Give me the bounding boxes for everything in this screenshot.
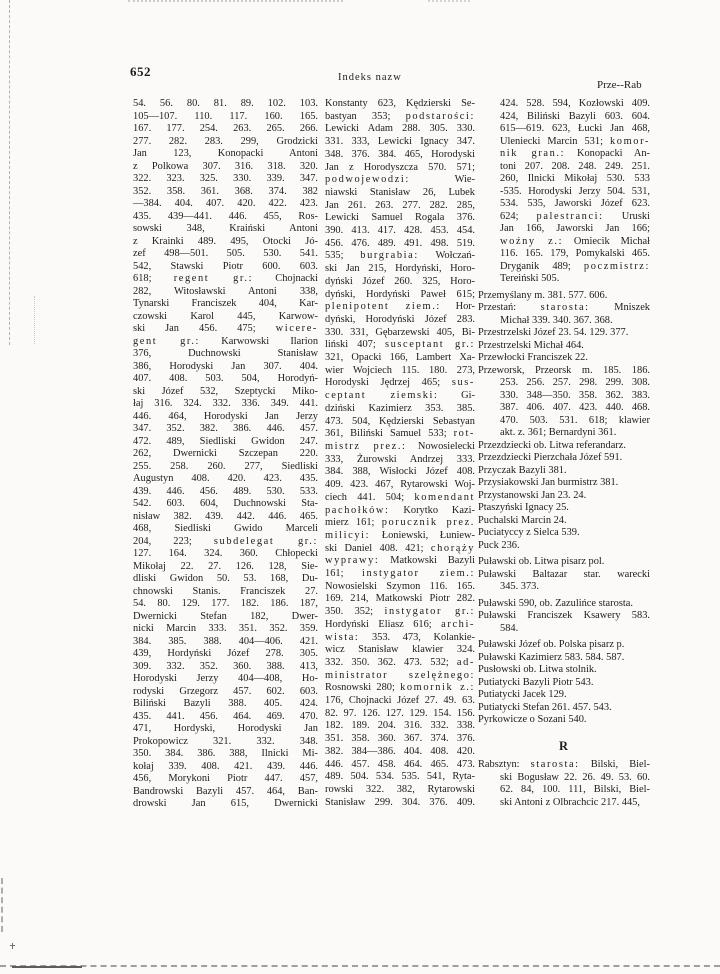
index-entry: Przestrzelski Michał 464. xyxy=(478,340,650,353)
text-line: 350. 384. 386. 388, Ilnicki Mi- xyxy=(133,748,318,761)
text-line: Biliński Bazyli 388. 405. 424. xyxy=(133,698,318,711)
text-line: 204, 223; subdelegat gr.: xyxy=(133,536,318,549)
scan-artifact-left-dots xyxy=(34,296,35,344)
column-2: Konstanty 623, Kędzierski Se-bastyan 353… xyxy=(325,98,475,809)
text-line: 456. 476. 489. 491. 498. 519. xyxy=(325,238,475,251)
text-line: 390. 413. 417. 428. 453. 454. xyxy=(325,225,475,238)
text-line: 471, Hordyski, Horodyski Jan xyxy=(133,723,318,736)
text-line: 332. 350. 362. 473. 532; ad- xyxy=(325,657,475,670)
text-line: 260, Ilnicki Mikołaj 530. 533 xyxy=(478,173,650,186)
scan-artifact-top-specks xyxy=(128,0,343,2)
spaced-term: komendant xyxy=(414,492,475,503)
spaced-term: podstarości: xyxy=(406,111,475,122)
spaced-term: woźny z.: xyxy=(500,236,563,247)
text-line: 456, Morykoni Piotr 447. 457, xyxy=(133,773,318,786)
text-line: 62. 84, 100. 111, Bilski, Biel- xyxy=(478,784,650,797)
text-line: 351. 358. 360. 367. 374. 376. xyxy=(325,733,475,746)
text-line: nisław 382. 439. 442. 446. 465. xyxy=(133,511,318,524)
index-entry: Puławski Józef ob. Polska pisarz p. xyxy=(478,639,650,652)
spaced-term: subdelegat gr.: xyxy=(214,536,318,547)
text-line: dziński Kazimierz 353. 385. xyxy=(325,403,475,416)
text-line: drowski Jan 615, Dwernicki xyxy=(133,798,318,811)
text-line: Jan 123, Konopacki Antoni xyxy=(133,148,318,161)
text-line: Przezdziecki ob. Litwa referandarz. xyxy=(478,440,650,453)
column-3: 424. 528. 594, Kozłowski 409.424, Bilińs… xyxy=(478,98,650,809)
index-entry: Puławski Kazimierz 583. 584. 587. xyxy=(478,652,650,665)
index-entry: Przeworsk, Przeorsk m. 185. 186.253. 256… xyxy=(478,365,650,440)
spaced-term: starosta: xyxy=(541,302,590,313)
index-entry: Przestań: starosta: MniszekMichał 339. 3… xyxy=(478,302,650,327)
text-line: Lewicki Samuel Rogala 376. xyxy=(325,212,475,225)
text-line: Putiatycki Jacek 129. xyxy=(478,689,650,702)
text-line: Przestań: starosta: Mniszek xyxy=(478,302,650,315)
text-line: 347. 352. 382. 386. 446. 457. xyxy=(133,423,318,436)
text-line: z Krainki 489. 495, Otocki Jó- xyxy=(133,236,318,249)
text-line: 439. 446. 456. 489. 530. 533. xyxy=(133,486,318,499)
text-line: ski Jan 456. 475; wicere- xyxy=(133,323,318,336)
text-line: Hordyński Eliasz 616; archi- xyxy=(325,619,475,632)
text-line: 542. 603. 604, Duchnowski Sta- xyxy=(133,498,318,511)
spaced-term: wicere- xyxy=(276,323,318,334)
text-line: 309. 332. 352. 360. 388. 413, xyxy=(133,661,318,674)
text-line: Przezdziecki Pierzchała Józef 591. xyxy=(478,452,650,465)
index-entry: Putiatycki Bazyli Piotr 543. xyxy=(478,677,650,690)
text-line: Lewicki Adam 288. 305. 330. xyxy=(325,123,475,136)
text-line: 470. 503. 531. 618; klawier xyxy=(478,415,650,428)
text-line: 384. 385. 388. 404—406. 421. xyxy=(133,636,318,649)
text-line: 350. 352; instygator gr.: xyxy=(325,606,475,619)
text-line: 345. 373. xyxy=(478,581,650,594)
text-line: kołaj 339. 408. 421. 439. 446. xyxy=(133,761,318,774)
text-line: ministrator szelężnego: xyxy=(325,670,475,683)
text-line: Tynarski Franciszek 404, Kar- xyxy=(133,298,318,311)
text-line: ceptant ziemski: Gi- xyxy=(325,390,475,403)
index-entry: Ptaszyński Ignacy 25. xyxy=(478,502,650,515)
spaced-term: sus- xyxy=(452,377,475,388)
text-line: Puławski Józef ob. Polska pisarz p. xyxy=(478,639,650,652)
spaced-term: instygator gr.: xyxy=(384,606,475,617)
scan-artifact-plus-mark xyxy=(12,943,13,949)
text-line: 473. 504, Kędzierski Sebastyan xyxy=(325,416,475,429)
text-line: 409. 423. 467, Rytarowski Woj- xyxy=(325,479,475,492)
text-line: Mikołaj 22. 27. 126. 128, Sie- xyxy=(133,561,318,574)
index-entry: Przezdziecki Pierzchała Józef 591. xyxy=(478,452,650,465)
text-line: mierz 161; porucznik prez. xyxy=(325,517,475,530)
text-line: Puławski Franciszek Ksawery 583. xyxy=(478,610,650,623)
text-line: 82. 97. 126. 127. 129. 154. 156. xyxy=(325,708,475,721)
column-1: 54. 56. 80. 81. 89. 102. 103.105—107. 11… xyxy=(133,98,318,811)
text-line: wier Wojciech 115. 180. 273, xyxy=(325,365,475,378)
text-line: Przestrzelski Józef 23. 54. 129. 377. xyxy=(478,327,650,340)
spaced-term: archi- xyxy=(441,619,475,630)
text-line: Horodyski Jerzy 404—408, Ho- xyxy=(133,673,318,686)
text-line: wyprawy: Matkowski Bazyli xyxy=(325,555,475,568)
spaced-term: milicyi: xyxy=(325,530,370,541)
spaced-term: poczmistrz: xyxy=(584,261,650,272)
text-line: 333, Żurowski Andrzej 333. xyxy=(325,454,475,467)
text-line: Rabsztyn: starosta: Bilski, Biel- xyxy=(478,759,650,772)
text-line: -535. Horodyski Jerzy 504. 531, xyxy=(478,186,650,199)
text-line: 584. xyxy=(478,623,650,636)
spaced-term: pachołków: xyxy=(325,505,389,516)
scan-artifact-left-edge-line-bottom xyxy=(1,878,3,932)
text-line: Przemyślany m. 381. 577. 606. xyxy=(478,290,650,303)
text-line: Przysiakowski Jan burmistrz 381. xyxy=(478,477,650,490)
index-entry: Pyrkowicze o Sozani 540. xyxy=(478,714,650,727)
spaced-term: palestranci: xyxy=(537,211,604,222)
text-line: Dwernicki Stefan 182, Dwer- xyxy=(133,611,318,624)
text-line: z Polkowa 307. 316. 318. 320. xyxy=(133,161,318,174)
text-line: 169. 214, Matkowski Piotr 282. xyxy=(325,593,475,606)
text-line: Uleniecki Marcin 531; komor- xyxy=(478,136,650,149)
text-line: Rosnowski 280; komornik z.: xyxy=(325,682,475,695)
index-entry: Puławski Baltazar star. warecki345. 373. xyxy=(478,569,650,594)
index-entry: Przysiakowski Jan burmistrz 381. xyxy=(478,477,650,490)
index-entry: Puławski 590, ob. Zazulińce starosta. xyxy=(478,598,650,611)
text-line: Horodyski Jędrzej 465; sus- xyxy=(325,377,475,390)
text-line: 322. 323. 325. 330. 339. 347. xyxy=(133,173,318,186)
text-line: Puławski Kazimierz 583. 584. 587. xyxy=(478,652,650,665)
text-line: 489. 504. 534. 535. 541, Ryta- xyxy=(325,771,475,784)
text-line: 182. 189. 204. 316. 332. 338. xyxy=(325,720,475,733)
text-line: mistrz prez.: Nowosielecki xyxy=(325,441,475,454)
text-line: 262, Dwernicki Szczepan 220. xyxy=(133,448,318,461)
scan-artifact-bottom-rule-solid xyxy=(12,966,82,968)
text-line: gent gr.: Karwowski Ilarion xyxy=(133,336,318,349)
text-line: łaj 316. 324. 332. 336. 349. 441. xyxy=(133,398,318,411)
spaced-term: porucznik prez. xyxy=(382,517,475,528)
text-line: Ptaszyński Ignacy 25. xyxy=(478,502,650,515)
text-line: wista: 353. 473, Kolankie- xyxy=(325,632,475,645)
scan-artifact-top-specks xyxy=(428,0,470,2)
text-line: Nowosielski Szymon 116. 165. xyxy=(325,581,475,594)
text-line: Puławski ob. Litwa pisarz pol. xyxy=(478,556,650,569)
index-entry: Puchalski Marcin 24. xyxy=(478,515,650,528)
text-line: rowski 322. 382, Rytarowski xyxy=(325,784,475,797)
spaced-term: wyprawy: xyxy=(325,555,379,566)
text-line: 535; burgrabia: Wołczań- xyxy=(325,250,475,263)
spaced-term: starosta: xyxy=(531,759,580,770)
spaced-term: mistrz prez.: xyxy=(325,441,407,452)
text-line: 472. 489, Siedliski Gwidon 247. xyxy=(133,436,318,449)
spaced-term: ministrator szelężnego: xyxy=(325,670,475,681)
text-line: milicyi: Łoniewski, Łuniew- xyxy=(325,530,475,543)
text-line: 424, Biliński Bazyli 603. 604. xyxy=(478,111,650,124)
page-number: 652 xyxy=(130,64,151,80)
text-line: liński 407; susceptant gr.: xyxy=(325,339,475,352)
text-line: 127. 164. 324. 360. Chłopecki xyxy=(133,548,318,561)
text-line: ciech 441. 504; komendant xyxy=(325,492,475,505)
text-line: ski Daniel 408. 421; chorąży xyxy=(325,543,475,556)
text-line: 255. 258. 260. 277, Siedliski xyxy=(133,461,318,474)
index-entry: Puciatyccy z Sielca 539. xyxy=(478,527,650,540)
spaced-term: regent gr.: xyxy=(174,273,253,284)
text-line: Pyrkowicze o Sozani 540. xyxy=(478,714,650,727)
index-entry: Puck 236. xyxy=(478,540,650,553)
text-line: 624; palestranci: Uruski xyxy=(478,211,650,224)
spaced-term: plenipotent ziem.: xyxy=(325,301,441,312)
text-line: 618; regent gr.: Chojnacki xyxy=(133,273,318,286)
text-line: dyński Józef 260. 325, Horo- xyxy=(325,276,475,289)
text-line: 321, Opacki 166, Lambert Xa- xyxy=(325,352,475,365)
spaced-term: ad- xyxy=(457,657,475,668)
index-entry: Przestrzelski Józef 23. 54. 129. 377. xyxy=(478,327,650,340)
spaced-term: susceptant gr.: xyxy=(385,339,475,350)
text-line: akt. z. 361; Bernardyni 361. xyxy=(478,427,650,440)
scan-artifact-plus-mark xyxy=(10,945,15,946)
text-line: Putiatycki Stefan 261. 457. 543. xyxy=(478,702,650,715)
text-line: 446. 464, Horodyski Jan Jerzy xyxy=(133,411,318,424)
text-line: ski Antoni z Olbrachcic 217. 445, xyxy=(478,797,650,810)
text-line: dyński, Horodyński Józef 283. xyxy=(325,314,475,327)
text-line: Stanisław 299. 304. 376. 409. xyxy=(325,797,475,810)
text-line: sowski 348, Kraiński Antoni xyxy=(133,223,318,236)
index-entry: Puławski ob. Litwa pisarz pol. xyxy=(478,556,650,569)
header-page-range: Prze--Rab xyxy=(597,79,642,91)
text-line: czowski Karol 445, Karwow- xyxy=(133,311,318,324)
text-line: 176, Chojnacki Józef 27. 49. 63. xyxy=(325,695,475,708)
text-line: 534. 535, Jaworski Józef 623. xyxy=(478,198,650,211)
spaced-term: wista: xyxy=(325,632,359,643)
text-line: bastyan 353; podstarości: xyxy=(325,111,475,124)
text-line: 361, Biliński Samuel 533; rot- xyxy=(325,428,475,441)
running-head: Indeks nazw xyxy=(338,72,402,83)
index-entry: Przemyślany m. 381. 577. 606. xyxy=(478,290,650,303)
index-entry: Przewłocki Franciszek 22. xyxy=(478,352,650,365)
scanned-book-page: 652 Indeks nazw Prze--Rab 54. 56. 80. 81… xyxy=(0,0,720,974)
text-line: 167. 177. 254. 263. 265. 266. xyxy=(133,123,318,136)
text-line: 348. 376. 384. 465, Horodyski xyxy=(325,149,475,162)
text-line: 386, Horodyski Jan 307. 404. xyxy=(133,361,318,374)
text-line: zef 498—501. 505. 530. 541. xyxy=(133,248,318,261)
text-line: chnowski Stanis. Franciszek 27. xyxy=(133,586,318,599)
text-line: Pusłowski ob. Litwa stolnik. xyxy=(478,664,650,677)
text-line: nik gran.: Konopacki An- xyxy=(478,148,650,161)
text-line: 615—619. 623, Łucki Jan 468, xyxy=(478,123,650,136)
text-line: ski Bogusław 22. 26. 49. 53. 60. xyxy=(478,772,650,785)
text-line: ski Jan 215, Hordyński, Horo- xyxy=(325,263,475,276)
text-line: 116. 165. 179, Pomykalski 465. xyxy=(478,248,650,261)
text-line: Augustyn 408. 420. 423. 435. xyxy=(133,473,318,486)
text-line: 382. 384—386. 404. 408. 420. xyxy=(325,746,475,759)
text-line: 387. 406. 407. 423. 440. 468. xyxy=(478,402,650,415)
text-line: 331. 333, Lewicki Ignacy 347. xyxy=(325,136,475,149)
text-line: Puławski Baltazar star. warecki xyxy=(478,569,650,582)
text-line: 330. 348—350. 358. 362. 383. xyxy=(478,390,650,403)
section-heading: R xyxy=(478,740,650,753)
spaced-term: nik gran.: xyxy=(500,148,565,159)
text-line: 435. 441. 456. 464. 469. 470. xyxy=(133,711,318,724)
scan-artifact-left-edge-line xyxy=(9,0,10,345)
text-line: 277. 282. 283. 299, Grodzicki xyxy=(133,136,318,149)
text-line: 439, Hordyński Józef 278. 305. xyxy=(133,648,318,661)
text-line: 54. 80. 129. 177. 182. 186. 187, xyxy=(133,598,318,611)
text-line: 376, Duchnowski Stanisław xyxy=(133,348,318,361)
spaced-term: burgrabia: xyxy=(360,250,419,261)
text-line: 468, Siedliski Gwido Marceli xyxy=(133,523,318,536)
text-line: niawski Stanisław 26, Lubek xyxy=(325,187,475,200)
text-line: dliski Gwidon 50. 53. 168, Du- xyxy=(133,573,318,586)
spaced-term: gent gr.: xyxy=(133,336,200,347)
index-entry: Pusłowski ob. Litwa stolnik. xyxy=(478,664,650,677)
text-line: plenipotent ziem.: Hor- xyxy=(325,301,475,314)
text-line: toni 207. 208. 248. 249. 251. xyxy=(478,161,650,174)
text-line: 435. 439—441. 446. 455, Ros- xyxy=(133,211,318,224)
text-line: Przeworsk, Przeorsk m. 185. 186. xyxy=(478,365,650,378)
index-entry: Przyczak Bazyli 381. xyxy=(478,465,650,478)
text-line: 352. 358. 361. 368. 374. 382 xyxy=(133,186,318,199)
spaced-term: instygator ziem.: xyxy=(362,568,475,579)
scan-artifact-bottom-rule xyxy=(0,965,720,967)
text-line: Dryganik 489; poczmistrz: xyxy=(478,261,650,274)
index-entry: Rabsztyn: starosta: Bilski, Biel-ski Bog… xyxy=(478,759,650,809)
text-line: dyński, Hordyński Paweł 615; xyxy=(325,289,475,302)
spaced-term: komornik z.: xyxy=(400,682,475,693)
text-line: woźny z.: Omiecik Michał xyxy=(478,236,650,249)
index-entry: Puławski Franciszek Ksawery 583.584. xyxy=(478,610,650,635)
text-line: 161; instygator ziem.: xyxy=(325,568,475,581)
text-line: podwojewodzi: Wie- xyxy=(325,174,475,187)
text-line: —384. 404. 407. 420. 422. 423. xyxy=(133,198,318,211)
text-line: Puck 236. xyxy=(478,540,650,553)
spaced-term: ceptant ziemski: xyxy=(325,390,438,401)
text-line: rodyski Grzegorz 457. 602. 603. xyxy=(133,686,318,699)
text-line: wicz Stanisław klawier 324. xyxy=(325,644,475,657)
text-line: 446. 457. 458. 464. 465. 473. xyxy=(325,759,475,772)
text-line: Puławski 590, ob. Zazulińce starosta. xyxy=(478,598,650,611)
text-line: 384. 388, Wisłocki Józef 408. xyxy=(325,466,475,479)
spaced-term: rot- xyxy=(454,428,475,439)
spaced-term: komor- xyxy=(610,136,650,147)
spaced-term: podwojewodzi: xyxy=(325,174,410,185)
text-line: 407. 408. 503. 504, Horodyń- xyxy=(133,373,318,386)
text-line: 542, Stawski Piotr 600. 603. xyxy=(133,261,318,274)
text-line: Puciatyccy z Sielca 539. xyxy=(478,527,650,540)
spaced-term: chorąży xyxy=(431,543,475,554)
text-line: Jan 261. 263. 277. 282. 285, xyxy=(325,200,475,213)
index-entry: Przezdziecki ob. Litwa referandarz. xyxy=(478,440,650,453)
text-line: Prokopowicz 321. 332. 348. xyxy=(133,736,318,749)
text-line: pachołków: Korytko Kazi- xyxy=(325,505,475,518)
text-line: Jan 166, Jaworski Jan 166; xyxy=(478,223,650,236)
text-line: 424. 528. 594, Kozłowski 409. xyxy=(478,98,650,111)
text-line: Przestrzelski Michał 464. xyxy=(478,340,650,353)
index-entry: Przystanowski Jan 23. 24. xyxy=(478,490,650,503)
text-line: Przyczak Bazyli 381. xyxy=(478,465,650,478)
text-line: Putiatycki Bazyli Piotr 543. xyxy=(478,677,650,690)
text-line: Przystanowski Jan 23. 24. xyxy=(478,490,650,503)
text-line: 282, Witosławski Antoni 338, xyxy=(133,286,318,299)
text-line: 253. 256. 257. 298. 299. 308. xyxy=(478,377,650,390)
text-line: 54. 56. 80. 81. 89. 102. 103. xyxy=(133,98,318,111)
text-line: ski Józef 532, Szeptycki Miko- xyxy=(133,386,318,399)
text-line: Jan z Horodyszcza 570. 571; xyxy=(325,162,475,175)
text-line: Puchalski Marcin 24. xyxy=(478,515,650,528)
text-line: Tereiński 505. xyxy=(478,273,650,286)
index-entry: Putiatycki Jacek 129. xyxy=(478,689,650,702)
text-line: Bandrowski Bazyli 457. 464, Ban- xyxy=(133,786,318,799)
text-line: Michał 339. 340. 367. 368. xyxy=(478,315,650,328)
index-entry: Putiatycki Stefan 261. 457. 543. xyxy=(478,702,650,715)
text-line: Konstanty 623, Kędzierski Se- xyxy=(325,98,475,111)
text-line: Przewłocki Franciszek 22. xyxy=(478,352,650,365)
text-line: nicki Marcin 333. 351. 352. 359. xyxy=(133,623,318,636)
text-line: 330. 331, Gębarzewski 405, Bi- xyxy=(325,327,475,340)
text-line: 105—107. 110. 117. 160. 165. xyxy=(133,111,318,124)
